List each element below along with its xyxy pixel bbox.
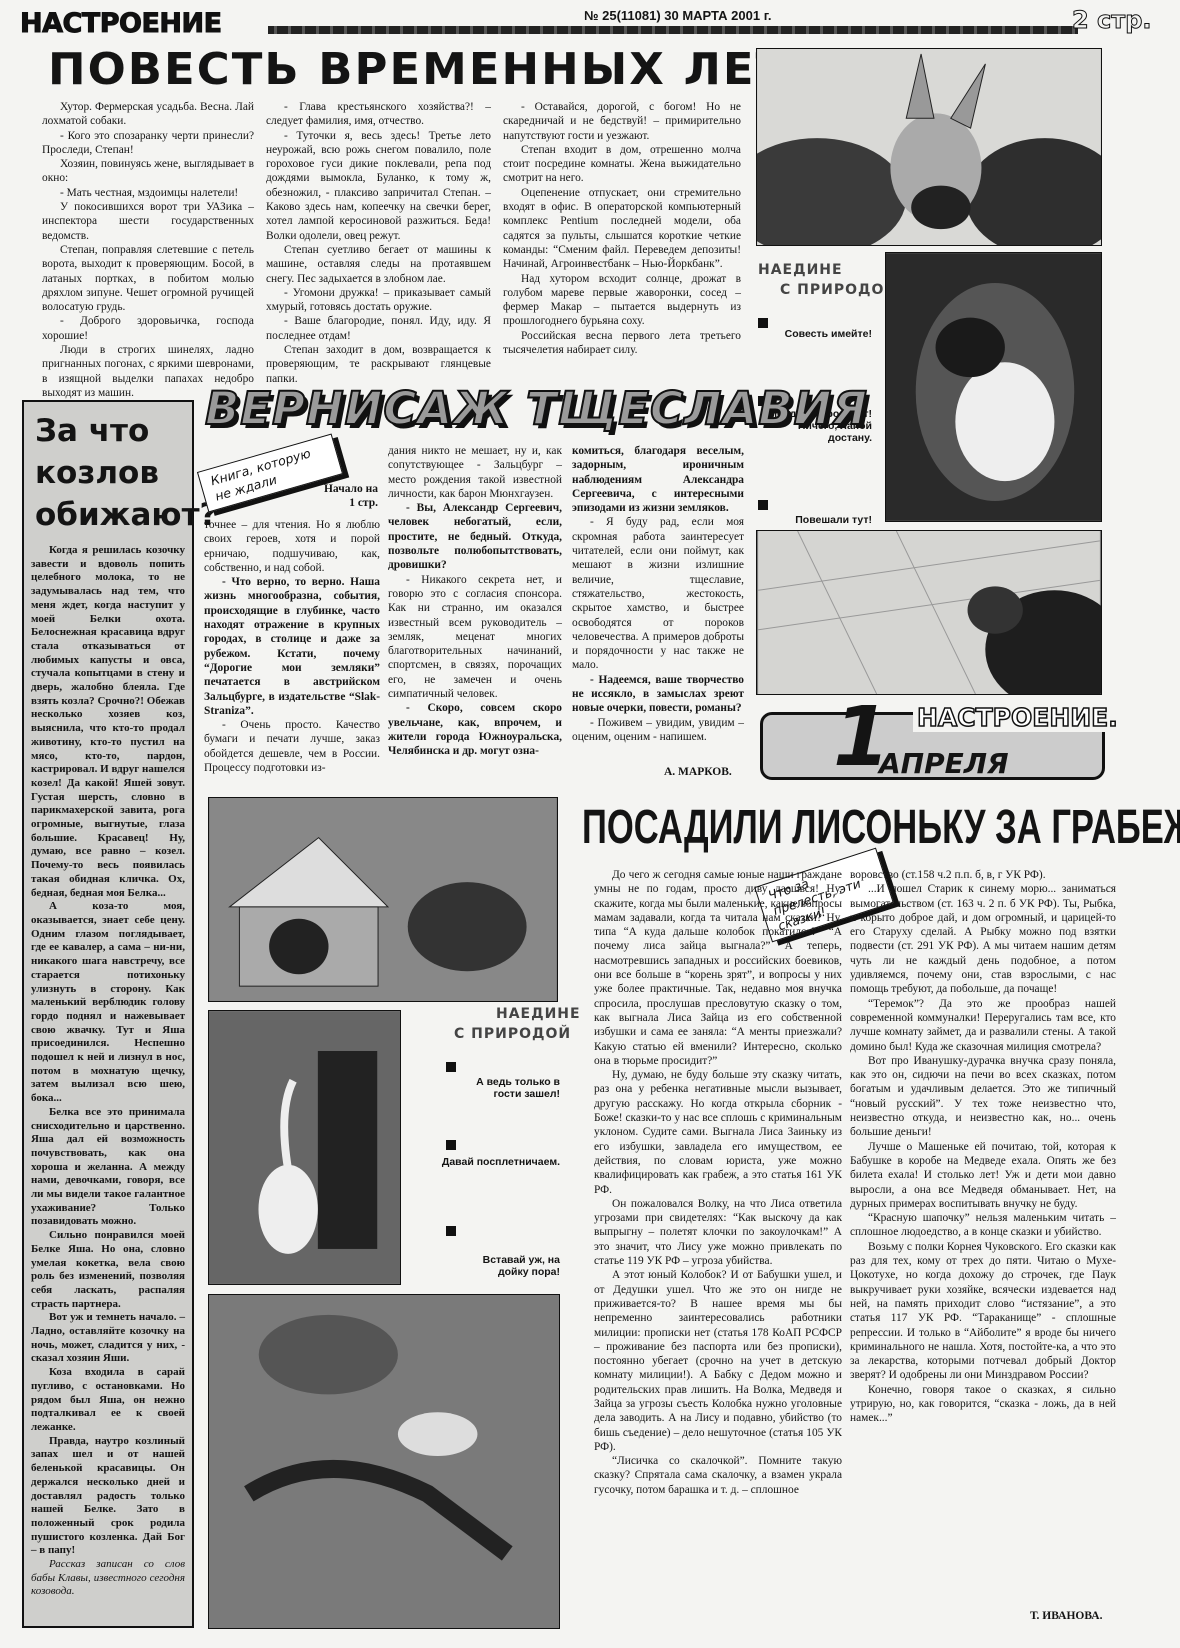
author-ivanova: Т. ИВАНОВА.	[1030, 1610, 1102, 1622]
sidebar-goats: За что козлов обижают? Когда я решилась …	[22, 400, 194, 1628]
photo-cat	[885, 252, 1102, 522]
paragraph: ...И пошел Старик к синему морю... заним…	[850, 882, 1116, 996]
bullet-square	[758, 500, 768, 510]
paragraph: - Кого это спозаранку черти принесли? Пр…	[42, 129, 254, 158]
paragraph: Оцепенение отпускает, они стремительно в…	[503, 186, 741, 272]
bullet-square	[446, 1140, 456, 1150]
article1-col1: Хутор. Фермерская усадьба. Весна. Лай ло…	[42, 100, 254, 400]
caption-goose-2: Давай посплетничаем.	[440, 1156, 560, 1168]
paragraph: “Красную шапочку” нельзя маленьким читат…	[850, 1211, 1116, 1240]
caption-cat-3: Повешали тут!	[760, 514, 872, 526]
paragraph: Российская весна первого лета третьего т…	[503, 329, 741, 358]
continued-note: Начало на 1 стр.	[322, 482, 378, 510]
paragraph: - Никакого секрета нет, и говорю это с с…	[388, 573, 562, 702]
goose-image	[209, 1011, 400, 1284]
paragraph: - Поживем – увидим, увидим – оценим, оце…	[572, 716, 744, 745]
bullet-square	[446, 1062, 456, 1072]
paragraph: Хутор. Фермерская усадьба. Весна. Лай ло…	[42, 100, 254, 129]
paragraph: - Угомони дружка! – приказывает самый хм…	[266, 286, 491, 315]
april-fools-banner: 1 НАСТРОЕНИЕ. АПРЕЛЯ	[760, 712, 1105, 780]
paragraph: “Теремок”? Да это же прообраз нашей совр…	[850, 997, 1116, 1054]
april-label: НАСТРОЕНИЕ.	[913, 703, 1122, 732]
paragraph: - Туточки я, весь здесь! Третье лето неу…	[266, 129, 491, 243]
article2-col3: комиться, благодаря веселым, задорным, и…	[572, 444, 744, 744]
paragraph: Правда, наутро козлиный запах шел и от н…	[31, 1435, 185, 1558]
paragraph: Лучше о Машеньке ей почитаю, той, котора…	[850, 1140, 1116, 1211]
caption-cat-1: Совесть имейте!	[760, 328, 872, 340]
paragraph: А коза-то моя, оказывается, знает себе ц…	[31, 900, 185, 1106]
photo-dog-kennel	[208, 797, 558, 1002]
paragraph: Когда я решилась козочку завести и вдово…	[31, 544, 185, 900]
sidebar-note: Рассказ записан со слов бабы Клавы, изве…	[31, 1558, 185, 1599]
article1-col3: - Оставайся, дорогой, с богом! Но не ска…	[503, 100, 741, 357]
paragraph: - Доброго здоровьичка, господа хорошие!	[42, 314, 254, 343]
paragraph: точнее – для чтения. Но я люблю своих ге…	[204, 518, 380, 575]
paragraph: Он пожаловался Волку, на что Лиса ответи…	[594, 1197, 842, 1268]
photo-cow	[756, 530, 1102, 695]
donkey-image	[757, 49, 1101, 245]
paragraph: воровство (ст.158 ч.2 п.п. б, в, г УК РФ…	[850, 868, 1116, 882]
woman-image	[209, 1295, 559, 1628]
paragraph: дания никто не мешает, ну и, как сопутст…	[388, 444, 562, 501]
paragraph: У покосившихся ворот три УАЗика – инспек…	[42, 200, 254, 243]
paragraph: А этот юный Колобок? И от Бабушки ушел, …	[594, 1268, 842, 1454]
paragraph: - Я буду рад, если моя скромная работа з…	[572, 515, 744, 672]
paragraph: - Мать честная, мздоимцы налетели!	[42, 186, 254, 200]
dog-image	[209, 798, 557, 1001]
article2-col1: точнее – для чтения. Но я люблю своих ге…	[204, 518, 380, 775]
paragraph: Белка все это принимала снисходительно и…	[31, 1106, 185, 1229]
paragraph: комиться, благодаря веселым, задорным, и…	[572, 444, 744, 515]
paragraph: Хозяин, повинуясь жене, выглядывает в ок…	[42, 157, 254, 186]
page-number: 2 стр.	[1072, 6, 1152, 34]
author-markov: А. МАРКОВ.	[664, 766, 732, 778]
paragraph: Степан, поправляя слетевшие с петель вор…	[42, 243, 254, 314]
paragraph: Степан входит в дом, отрешенно молча сто…	[503, 143, 741, 186]
paragraph: - Вы, Александр Сергеевич, человек небог…	[388, 501, 562, 572]
april-month: АПРЕЛЯ	[879, 747, 1009, 780]
paragraph: - Надеемся, ваше творчество не иссякло, …	[572, 673, 744, 716]
paragraph: - Очень просто. Качество бумаги и печати…	[204, 718, 380, 775]
photo-sleeping-woman	[208, 1294, 560, 1629]
paragraph: Возьму с полки Корнея Чуковского. Его ск…	[850, 1240, 1116, 1383]
headline-vernisazh: ВЕРНИСАЖ ТЩЕСЛАВИЯ	[205, 382, 868, 435]
sidebar-headline: За что козлов обижают?	[35, 410, 185, 536]
article3-col1: До чего ж сегодня самые юные наши гражда…	[594, 868, 842, 1497]
photo-goose-woman	[208, 1010, 401, 1285]
paragraph: Степан суетливо бегает от машины к машин…	[266, 243, 491, 286]
paragraph: До чего ж сегодня самые юные наши гражда…	[594, 868, 842, 1068]
paragraph: Степан заходит в дом, возвращается к про…	[266, 343, 491, 386]
article1-col2: - Глава крестьянского хозяйства?! – след…	[266, 100, 491, 386]
paragraph: - Глава крестьянского хозяйства?! – след…	[266, 100, 491, 129]
bullet-square	[758, 318, 768, 328]
section-title: НАСТРОЕНИЕ	[20, 8, 222, 39]
paragraph: Над хутором всходит солнце, дрожат в гол…	[503, 272, 741, 329]
paragraph: Ну, думаю, не буду больше эту сказку чит…	[594, 1068, 842, 1197]
paragraph: Коза входила в сарай пугливо, с остановк…	[31, 1366, 185, 1435]
cow-image	[757, 531, 1101, 694]
masthead-rule	[268, 26, 1078, 34]
paragraph: Конечно, говоря такое о сказках, я сильн…	[850, 1383, 1116, 1426]
issue-date: № 25(11081) 30 МАРТА 2001 г.	[580, 8, 775, 23]
paragraph: “Лисичка со скалочкой”. Помните такую ск…	[594, 1454, 842, 1497]
paragraph: Вот про Иванушку-дурачка внучка сразу по…	[850, 1054, 1116, 1140]
sidebar-text: Когда я решилась козочку завести и вдово…	[31, 544, 185, 1558]
caption-goose-1: А ведь только в гости зашел!	[470, 1076, 560, 1100]
nature-heading-bottom-1: НАЕДИНЕ	[496, 1006, 581, 1022]
paragraph: - Оставайся, дорогой, с богом! Но не ска…	[503, 100, 741, 143]
bullet-square	[446, 1226, 456, 1236]
paragraph: - Ваше благородие, понял. Иду, иду. Я по…	[266, 314, 491, 343]
cat-image	[886, 253, 1101, 521]
article2-col2: дания никто не мешает, ну и, как сопутст…	[388, 444, 562, 759]
photo-donkey	[756, 48, 1102, 246]
paragraph: Сильно понравился моей Белке Яша. Но она…	[31, 1229, 185, 1311]
nature-heading-top-1: НАЕДИНЕ	[758, 262, 843, 278]
headline-povest: ПОВЕСТЬ ВРЕМЕННЫХ ЛЕТ	[48, 44, 788, 95]
paragraph: - Скоро, совсем скоро увельчане, как, вп…	[388, 701, 562, 758]
article3-col2: воровство (ст.158 ч.2 п.п. б, в, г УК РФ…	[850, 868, 1116, 1426]
paragraph: - Что верно, то верно. Наша жизнь многоо…	[204, 575, 380, 718]
headline-fox: ПОСАДИЛИ ЛИСОНЬКУ ЗА ГРАБЕЖ	[582, 800, 1180, 855]
paragraph: Вот уж и темнеть начало. – Ладно, оставл…	[31, 1311, 185, 1366]
caption-goose-3: Вставай уж, на дойку пора!	[460, 1254, 560, 1278]
nature-heading-bottom-2: С ПРИРОДОЙ	[454, 1026, 571, 1042]
nature-heading-top-2: С ПРИРОДОЙ	[780, 282, 897, 298]
